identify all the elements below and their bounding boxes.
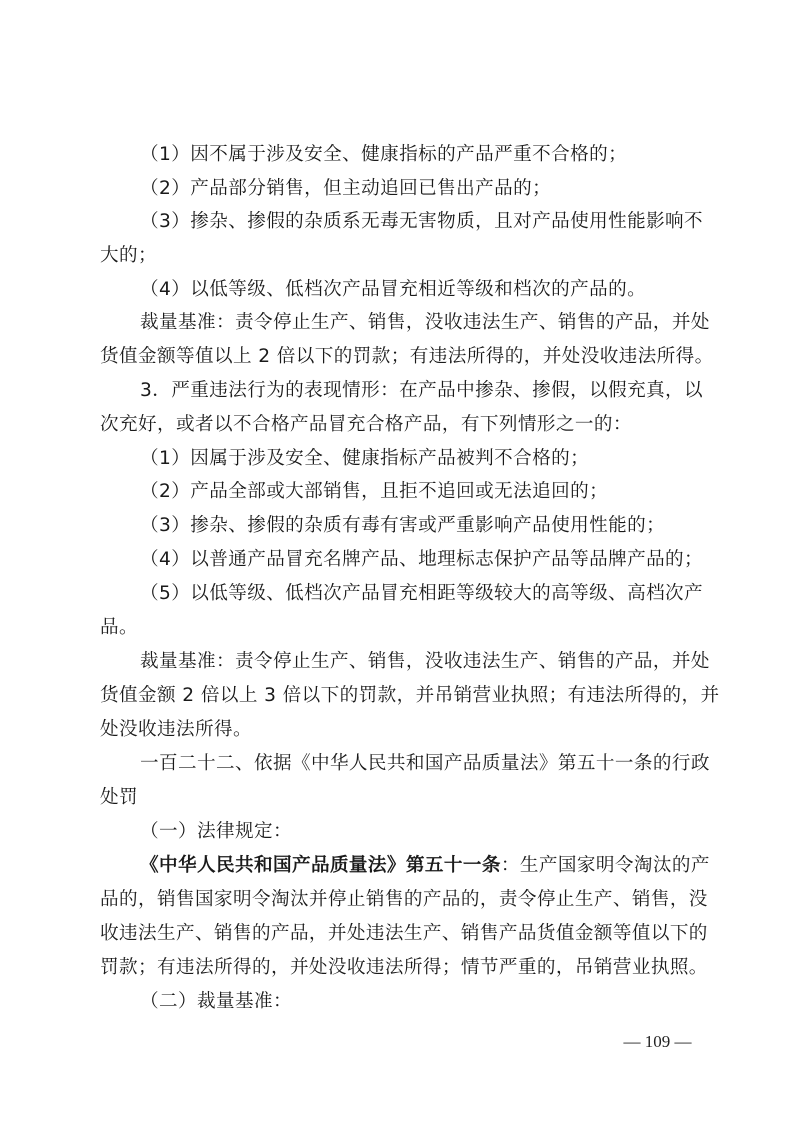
document-page: （1）因不属于涉及安全、健康指标的产品严重不合格的； （2）产品部分销售，但主动… (0, 0, 793, 1122)
text-line-23: 品的，销售国家明令淘汰并停止销售的产品的，责令停止生产、销售，没 (100, 883, 693, 917)
text-line-7: 货值金额等值以上 2 倍以下的罚款；有违法所得的，并处没收违法所得。 (100, 340, 693, 374)
subsection-legal-provision: （一）法律规定： (140, 815, 693, 849)
text-line-3: （3）掺杂、掺假的杂质系无毒无害物质，且对产品使用性能影响不 (140, 205, 693, 239)
section-heading-122-cont: 处罚 (100, 781, 693, 815)
text-line-10: （1）因属于涉及安全、健康指标产品被判不合格的； (140, 442, 693, 476)
text-line-article-51: 《中华人民共和国产品质量法》第五十一条：生产国家明令淘汰的产 (140, 849, 693, 883)
text-line-15: 品。 (100, 611, 693, 645)
text-line-16: 裁量基准：责令停止生产、销售，没收违法生产、销售的产品，并处 (140, 645, 693, 679)
text-line-6: 裁量基准：责令停止生产、销售，没收违法生产、销售的产品，并处 (140, 306, 693, 340)
text-line-4: 大的； (100, 239, 693, 273)
text-line-9: 次充好，或者以不合格产品冒充合格产品，有下列情形之一的： (100, 408, 693, 442)
text-line-18: 处没收违法所得。 (100, 713, 693, 747)
article-text: ：生产国家明令淘汰的产 (501, 855, 710, 876)
text-line-17: 货值金额 2 倍以上 3 倍以下的罚款，并吊销营业执照；有违法所得的，并 (100, 679, 693, 713)
page-number: — 109 — (620, 1028, 695, 1056)
text-line-5: （4）以低等级、低档次产品冒充相近等级和档次的产品的。 (140, 273, 693, 307)
text-line-13: （4）以普通产品冒充名牌产品、地理标志保护产品等品牌产品的； (140, 543, 693, 577)
text-line-12: （3）掺杂、掺假的杂质有毒有害或严重影响产品使用性能的； (140, 509, 693, 543)
text-line-25: 罚款；有违法所得的，并处没收违法所得；情节严重的，吊销营业执照。 (100, 951, 693, 985)
text-line-2: （2）产品部分销售，但主动追回已售出产品的； (140, 172, 693, 206)
text-line-24: 收违法生产、销售的产品，并处违法生产、销售产品货值金额等值以下的 (100, 917, 693, 951)
text-line-1: （1）因不属于涉及安全、健康指标的产品严重不合格的； (140, 138, 693, 172)
section-heading-122: 一百二十二、依据《中华人民共和国产品质量法》第五十一条的行政 (140, 747, 693, 781)
article-citation: 《中华人民共和国产品质量法》第五十一条 (140, 855, 501, 876)
text-line-14: （5）以低等级、低档次产品冒充相距等级较大的高等级、高档次产 (140, 577, 693, 611)
text-line-11: （2）产品全部或大部销售，且拒不追回或无法追回的； (140, 475, 693, 509)
subsection-discretion-standard: （二）裁量基准： (140, 985, 693, 1019)
text-line-8: 3．严重违法行为的表现情形：在产品中掺杂、掺假，以假充真，以 (140, 374, 693, 408)
